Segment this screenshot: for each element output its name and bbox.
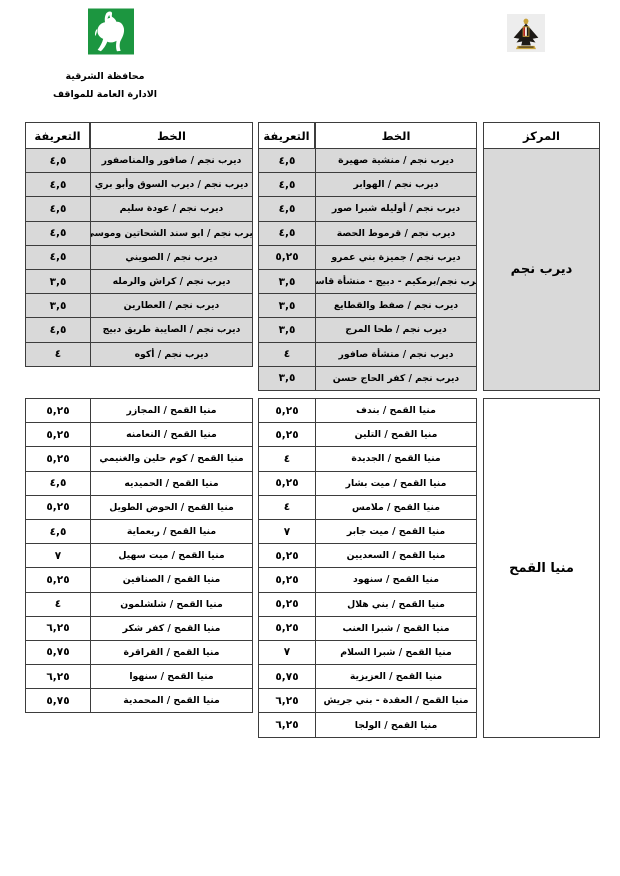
table-row: ديرب نجم / ديرب السوق وأبو بري٤,٥ (25, 173, 253, 197)
eagle-icon (507, 14, 545, 52)
tariff-cell: ٥,٢٥ (258, 399, 315, 423)
header-line-inner: الخط (315, 122, 477, 149)
tariff-cell: ٦,٢٥ (25, 617, 90, 641)
tariff-cell: ٦,٢٥ (25, 665, 90, 689)
tariff-cell: ٣,٥ (258, 318, 315, 342)
table-row: منيا القمح / بندف٥,٢٥ (258, 399, 477, 423)
tariff-cell: ٥,٢٥ (258, 568, 315, 592)
route-line-cell: منيا القمح / الحميديه (90, 472, 253, 496)
route-line-cell: منيا القمح / العزيزية (315, 665, 477, 689)
org-name: محافظة الشرقية (40, 71, 170, 82)
table-row: منيا القمح / كوم حلين والغنيمي٥,٢٥ (25, 447, 253, 471)
route-line-cell: ديرب نجم / ابو سند الشحاتين وموسي (90, 222, 253, 246)
tariff-cell: ٤,٥ (25, 173, 90, 197)
route-line-cell: منيا القمح / كوم حلين والغنيمي (90, 447, 253, 471)
tariff-cell: ٧ (258, 641, 315, 665)
tariff-cell: ٧ (258, 520, 315, 544)
table-row: منيا القمح / السعديين٥,٢٥ (258, 544, 477, 568)
table-row: منيا القمح / شبرا السلام٧ (258, 641, 477, 665)
table-row: منيا القمح / التلين٥,٢٥ (258, 423, 477, 447)
route-line-cell: ديرب نجم / منشأة صافور (315, 343, 477, 367)
table-row: منيا القمح / كفر شكر٦,٢٥ (25, 617, 253, 641)
table-row: منيا القمح / سنهود٥,٢٥ (258, 568, 477, 592)
route-line-cell: ديرب نجم/برمكيم - دبيج - منشأة قاسم (315, 270, 477, 294)
table-row: ديرب نجم / منشأة صافور٤ (258, 343, 477, 367)
table-row: منيا القمح / سنهوا٦,٢٥ (25, 665, 253, 689)
route-line-cell: منيا القمح / سنهود (315, 568, 477, 592)
table-row: ديرب نجم/برمكيم - دبيج - منشأة قاسم٣,٥ (258, 270, 477, 294)
tariff-cell: ٤,٥ (25, 472, 90, 496)
route-line-cell: ديرب نجم / جميزة بني عمرو (315, 246, 477, 270)
tariff-cell: ٤,٥ (25, 197, 90, 221)
tariff-cell: ٥,٢٥ (25, 423, 90, 447)
table-row: منيا القمح / الجديدة٤ (258, 447, 477, 471)
route-line-cell: منيا القمح / كفر شكر (90, 617, 253, 641)
governorate-logo (88, 8, 134, 55)
tariff-cell: ٦,٢٥ (258, 689, 315, 713)
route-line-cell: منيا القمح / المحمدية (90, 689, 253, 713)
route-line-cell: ديرب نجم / صفط والقطايع (315, 294, 477, 318)
route-line-cell: منيا القمح / بندف (315, 399, 477, 423)
table-row: ديرب نجم / كفر الحاج حسن٣,٥ (258, 367, 477, 391)
tariff-cell: ٥,٢٥ (258, 472, 315, 496)
table-row: ديرب نجم / ابو سند الشحاتين وموسي٤,٥ (25, 222, 253, 246)
table-row: ديرب نجم / أوليله شبرا صور٤,٥ (258, 197, 477, 221)
route-line-cell: ديرب نجم / أوليله شبرا صور (315, 197, 477, 221)
tariff-cell: ٤ (258, 447, 315, 471)
header-tariff-inner: التعريفة (258, 122, 315, 149)
table-row: ديرب نجم / الصايبة طريق دبيج٤,٥ (25, 318, 253, 342)
tariff-cell: ٤ (258, 496, 315, 520)
table-row: منيا القمح / ملامس٤ (258, 496, 477, 520)
section-minya-elqamh: منيا القمح منيا القمح / بندف٥,٢٥منيا الق… (25, 398, 600, 738)
route-line-cell: ديرب نجم / كراش والرمله (90, 270, 253, 294)
route-line-cell: منيا القمح / المجازر (90, 399, 253, 423)
route-line-cell: منيا القمح / شبرا العنب (315, 617, 477, 641)
table-row: منيا القمح / ميت جابر٧ (258, 520, 477, 544)
table-row: ديرب نجم / الصويني٤,٥ (25, 246, 253, 270)
tariff-cell: ٤,٥ (25, 520, 90, 544)
route-line-cell: ديرب نجم / ديرب السوق وأبو بري (90, 173, 253, 197)
section-0-inner-rows: ديرب نجم / منشية صهيرة٤,٥ديرب نجم / الهو… (258, 148, 477, 391)
table-row: منيا القمح / الحميديه٤,٥ (25, 472, 253, 496)
tariff-cell: ٥,٧٥ (258, 665, 315, 689)
table-row: منيا القمح / ميت بشار٥,٢٥ (258, 472, 477, 496)
tariff-cell: ٥,٢٥ (258, 544, 315, 568)
table-row: منيا القمح / الحوض الطويل٥,٢٥ (25, 496, 253, 520)
tariff-cell: ٥,٢٥ (258, 246, 315, 270)
tariff-cell: ٧ (25, 544, 90, 568)
route-line-cell: ديرب نجم / كفر الحاج حسن (315, 367, 477, 391)
route-line-cell: منيا القمح / السعديين (315, 544, 477, 568)
route-line-cell: منيا القمح / الصنافين (90, 568, 253, 592)
egypt-eagle-emblem (507, 14, 545, 52)
markaz-cell: منيا القمح (483, 398, 600, 738)
org-department: الادارة العامة للمواقف (40, 89, 170, 100)
route-line-cell: ديرب نجم / العطارين (90, 294, 253, 318)
tariff-cell: ٤,٥ (258, 197, 315, 221)
table-row: منيا القمح / العقدة - بني جريش٦,٢٥ (258, 689, 477, 713)
tariff-cell: ٥,٢٥ (25, 496, 90, 520)
tariff-cell: ٤,٥ (25, 318, 90, 342)
table-row: ديرب نجم / عودة سليم٤,٥ (25, 197, 253, 221)
tariff-cell: ٤ (258, 343, 315, 367)
table-row: منيا القمح / الولجا٦,٢٥ (258, 713, 477, 737)
route-line-cell: ديرب نجم / صافور والمناصفور (90, 149, 253, 173)
section-1-outer-rows: منيا القمح / المجازر٥,٢٥منيا القمح / الن… (25, 398, 253, 713)
table-row: منيا القمح / القراقرة٥,٧٥ (25, 641, 253, 665)
route-line-cell: ديرب نجم / قرموط الحصة (315, 222, 477, 246)
route-line-cell: ديرب نجم / أكوه (90, 343, 253, 367)
tariff-cell: ٣,٥ (258, 367, 315, 391)
route-line-cell: منيا القمح / ميت بشار (315, 472, 477, 496)
tariff-cell: ٤,٥ (258, 149, 315, 173)
route-line-cell: منيا القمح / شلشلمون (90, 593, 253, 617)
header-tariff-outer: التعريفة (25, 122, 90, 149)
route-line-cell: منيا القمح / سنهوا (90, 665, 253, 689)
route-line-cell: منيا القمح / الحوض الطويل (90, 496, 253, 520)
tariff-cell: ٥,٢٥ (258, 423, 315, 447)
table-row: منيا القمح / شبرا العنب٥,٢٥ (258, 617, 477, 641)
route-line-cell: منيا القمح / ميت جابر (315, 520, 477, 544)
route-line-cell: منيا القمح / ملامس (315, 496, 477, 520)
tariff-cell: ٣,٥ (258, 270, 315, 294)
table-row: ديرب نجم / منشية صهيرة٤,٥ (258, 149, 477, 173)
header-markaz: المركز (483, 122, 600, 149)
route-line-cell: منيا القمح / العقدة - بني جريش (315, 689, 477, 713)
table-row: ديرب نجم / العطارين٣,٥ (25, 294, 253, 318)
tariff-cell: ٦,٢٥ (258, 713, 315, 737)
route-line-cell: ديرب نجم / الصويني (90, 246, 253, 270)
route-line-cell: ديرب نجم / منشية صهيرة (315, 149, 477, 173)
section-diyarb-negm: ديرب نجم ديرب نجم / منشية صهيرة٤,٥ديرب ن… (25, 148, 600, 391)
tariff-cell: ٤,٥ (258, 222, 315, 246)
tariff-cell: ٣,٥ (25, 294, 90, 318)
tariff-cell: ٤,٥ (258, 173, 315, 197)
tariff-cell: ٥,٢٥ (258, 617, 315, 641)
table-row: منيا القمح / النعامنه٥,٢٥ (25, 423, 253, 447)
route-line-cell: منيا القمح / ميت سهيل (90, 544, 253, 568)
route-line-cell: ديرب نجم / طحا المرج (315, 318, 477, 342)
table-row: ديرب نجم / كراش والرمله٣,٥ (25, 270, 253, 294)
tariff-cell: ٥,٢٥ (25, 568, 90, 592)
table-row: منيا القمح / شلشلمون٤ (25, 593, 253, 617)
route-line-cell: منيا القمح / الولجا (315, 713, 477, 737)
markaz-cell: ديرب نجم (483, 148, 600, 391)
header-line-outer: الخط (90, 122, 253, 149)
tariff-cell: ٥,٧٥ (25, 641, 90, 665)
table-row: منيا القمح / العزيزية٥,٧٥ (258, 665, 477, 689)
route-line-cell: ديرب نجم / عودة سليم (90, 197, 253, 221)
tariff-cell: ٤,٥ (25, 222, 90, 246)
tariff-cell: ٣,٥ (258, 294, 315, 318)
tariff-cell: ٥,٢٥ (25, 447, 90, 471)
table-row: منيا القمح / المحمدية٥,٧٥ (25, 689, 253, 713)
page: { "letterhead": { "org_name": "محافظة ال… (0, 0, 620, 876)
route-line-cell: منيا القمح / بني هلال (315, 593, 477, 617)
route-line-cell: منيا القمح / القراقرة (90, 641, 253, 665)
table-row: ديرب نجم / قرموط الحصة٤,٥ (258, 222, 477, 246)
route-line-cell: منيا القمح / الجديدة (315, 447, 477, 471)
route-line-cell: منيا القمح / ربعماية (90, 520, 253, 544)
table-row: منيا القمح / المجازر٥,٢٥ (25, 399, 253, 423)
table-row: ديرب نجم / صفط والقطايع٣,٥ (258, 294, 477, 318)
route-line-cell: ديرب نجم / الهوابر (315, 173, 477, 197)
route-line-cell: منيا القمح / النعامنه (90, 423, 253, 447)
table-row: ديرب نجم / الهوابر٤,٥ (258, 173, 477, 197)
tariff-cell: ٣,٥ (25, 270, 90, 294)
tariff-cell: ٥,٢٥ (258, 593, 315, 617)
table-row: منيا القمح / ربعماية٤,٥ (25, 520, 253, 544)
table-row: ديرب نجم / طحا المرج٣,٥ (258, 318, 477, 342)
section-1-inner-rows: منيا القمح / بندف٥,٢٥منيا القمح / التلين… (258, 398, 477, 738)
table-row: ديرب نجم / جميزة بني عمرو٥,٢٥ (258, 246, 477, 270)
tariff-cell: ٤ (25, 343, 90, 367)
route-line-cell: ديرب نجم / الصايبة طريق دبيج (90, 318, 253, 342)
table-row: منيا القمح / الصنافين٥,٢٥ (25, 568, 253, 592)
white-horse-icon (88, 8, 134, 55)
table-row: منيا القمح / ميت سهيل٧ (25, 544, 253, 568)
tariff-cell: ٥,٧٥ (25, 689, 90, 713)
section-0-outer-rows: ديرب نجم / صافور والمناصفور٤,٥ديرب نجم /… (25, 148, 253, 367)
table-row: منيا القمح / بني هلال٥,٢٥ (258, 593, 477, 617)
route-line-cell: منيا القمح / شبرا السلام (315, 641, 477, 665)
table-row: ديرب نجم / أكوه٤ (25, 343, 253, 367)
tariff-cell: ٤,٥ (25, 149, 90, 173)
table-row: ديرب نجم / صافور والمناصفور٤,٥ (25, 149, 253, 173)
tariff-cell: ٥,٢٥ (25, 399, 90, 423)
tariff-cell: ٤ (25, 593, 90, 617)
route-line-cell: منيا القمح / التلين (315, 423, 477, 447)
tariff-cell: ٤,٥ (25, 246, 90, 270)
